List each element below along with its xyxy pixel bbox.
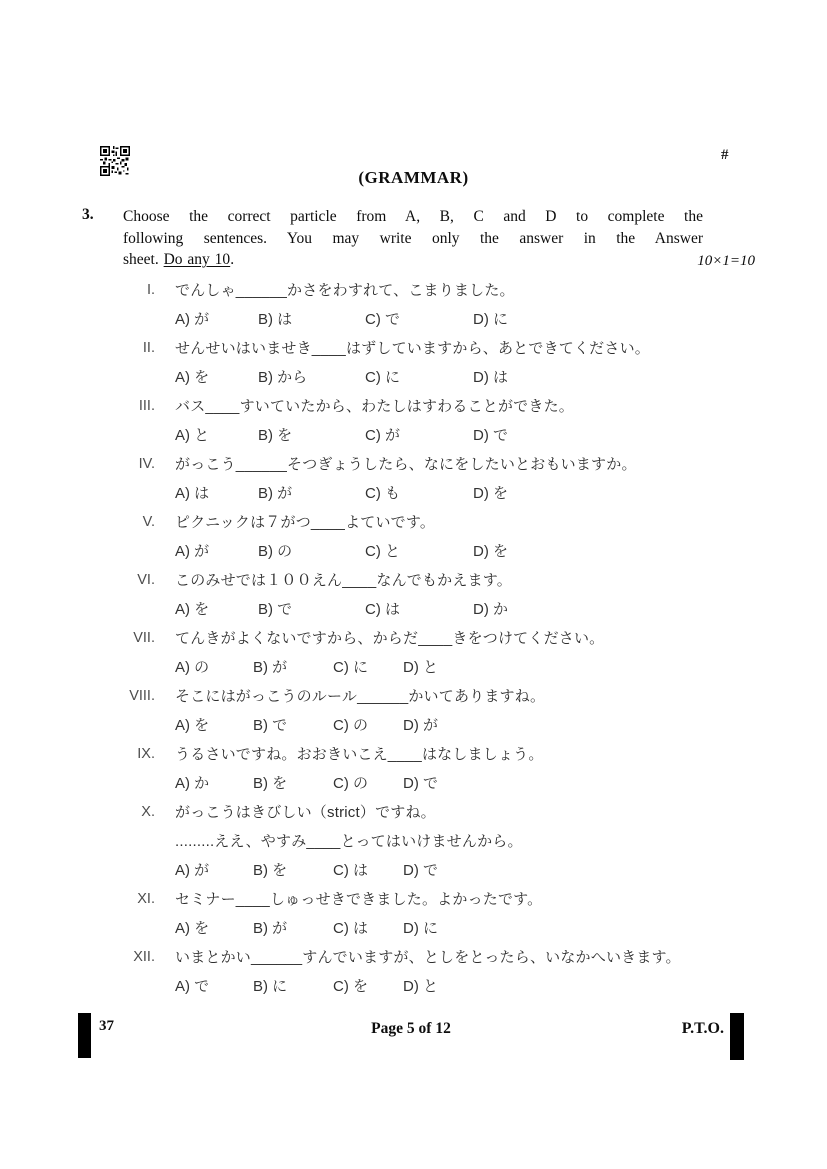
question-text: セミナー____しゅっせきできました。よかったです。	[175, 885, 768, 914]
option-c: C) は	[333, 856, 403, 885]
questions-list: I.でんしゃ______かさをわすれて、こまりました。A) がB) はC) でD…	[78, 276, 768, 1001]
right-edge-bar	[730, 1013, 744, 1060]
question-options: A) はB) がC) もD) を	[175, 479, 768, 508]
question-options: A) をB) からC) にD) は	[175, 363, 768, 392]
option-b: B) の	[258, 537, 365, 566]
question-options: A) がB) はC) でD) に	[175, 305, 768, 334]
question-body: がっこうはきびしい（strict）ですね。.........ええ、やすみ____…	[175, 798, 768, 885]
question-numeral: III.	[78, 392, 155, 450]
question-text: いまとかい______すんでいますが、としをとったら、いなかへいきます。	[175, 943, 768, 972]
question-options: A) をB) でC) のD) が	[175, 711, 768, 740]
question-numeral: VI.	[78, 566, 155, 624]
option-c: C) に	[365, 363, 473, 392]
do-any-10-underlined: Do any 10	[164, 251, 231, 268]
option-c: C) の	[333, 711, 403, 740]
question-text: がっこう______そつぎょうしたら、なにをしたいとおもいますか。	[175, 450, 768, 479]
question-body: うるさいですね。おおきいこえ____はなしましょう。A) かB) をC) のD)…	[175, 740, 768, 798]
question-row: X.がっこうはきびしい（strict）ですね。.........ええ、やすみ__…	[78, 798, 768, 885]
option-c: C) が	[365, 421, 473, 450]
option-a: A) で	[175, 972, 253, 1001]
question-options: A) かB) をC) のD) で	[175, 769, 768, 798]
option-b: B) で	[253, 711, 333, 740]
option-a: A) か	[175, 769, 253, 798]
question-numeral: I.	[78, 276, 155, 334]
option-d: D) に	[473, 305, 508, 334]
question-numeral: V.	[78, 508, 155, 566]
option-d: D) と	[403, 972, 438, 1001]
question-3-number: 3.	[82, 206, 94, 224]
question-row: II.せんせいはいませき____はずしていますから、あとできてください。A) を…	[78, 334, 768, 392]
option-a: A) と	[175, 421, 258, 450]
question-text: ピクニックは７がつ____よていです。	[175, 508, 768, 537]
question-body: てんきがよくないですから、からだ____きをつけてください。A) のB) がC)…	[175, 624, 768, 682]
question-body: いまとかい______すんでいますが、としをとったら、いなかへいきます。A) で…	[175, 943, 768, 1001]
question-options: A) をB) でC) はD) か	[175, 595, 768, 624]
question-row: I.でんしゃ______かさをわすれて、こまりました。A) がB) はC) でD…	[78, 276, 768, 334]
option-d: D) で	[403, 769, 438, 798]
question-row: IV.がっこう______そつぎょうしたら、なにをしたいとおもいますか。A) は…	[78, 450, 768, 508]
option-a: A) を	[175, 363, 258, 392]
page-indicator: Page 5 of 12	[371, 1020, 451, 1038]
option-d: D) が	[403, 711, 438, 740]
option-c: C) と	[365, 537, 473, 566]
question-row: VIII.そこにはがっこうのルール______かいてありますね。A) をB) で…	[78, 682, 768, 740]
option-a: A) が	[175, 305, 258, 334]
question-row: III.バス____すいていたから、わたしはすわることができた。A) とB) を…	[78, 392, 768, 450]
option-b: B) が	[253, 653, 333, 682]
question-row: IX.うるさいですね。おおきいこえ____はなしましょう。A) かB) をC) …	[78, 740, 768, 798]
question-text: このみせでは１００えん____なんでもかえます。	[175, 566, 768, 595]
question-numeral: IX.	[78, 740, 155, 798]
question-text-line2: .........ええ、やすみ____とってはいけませんから。	[175, 827, 768, 856]
question-row: VII.てんきがよくないですから、からだ____きをつけてください。A) のB)…	[78, 624, 768, 682]
option-b: B) から	[258, 363, 365, 392]
question-body: せんせいはいませき____はずしていますから、あとできてください。A) をB) …	[175, 334, 768, 392]
question-text: でんしゃ______かさをわすれて、こまりました。	[175, 276, 768, 305]
instruction-line-2: following sentences. You may write only …	[123, 228, 703, 250]
question-text: てんきがよくないですから、からだ____きをつけてください。	[175, 624, 768, 653]
exam-page: # (GRAMMAR) 3. Choose the correct partic…	[0, 0, 827, 1169]
question-row: XI.セミナー____しゅっせきできました。よかったです。A) をB) がC) …	[78, 885, 768, 943]
option-d: D) を	[473, 479, 508, 508]
question-body: このみせでは１００えん____なんでもかえます。A) をB) でC) はD) か	[175, 566, 768, 624]
question-text: バス____すいていたから、わたしはすわることができた。	[175, 392, 768, 421]
left-edge-bar	[78, 1013, 91, 1058]
option-b: B) を	[253, 856, 333, 885]
question-numeral: VIII.	[78, 682, 155, 740]
option-b: B) が	[253, 914, 333, 943]
section-title: (GRAMMAR)	[0, 168, 827, 188]
option-c: C) も	[365, 479, 473, 508]
option-d: D) で	[473, 421, 508, 450]
option-c: C) は	[365, 595, 473, 624]
question-options: A) でB) にC) をD) と	[175, 972, 768, 1001]
option-d: D) と	[403, 653, 438, 682]
question-text: うるさいですね。おおきいこえ____はなしましょう。	[175, 740, 768, 769]
option-b: B) は	[258, 305, 365, 334]
option-d: D) か	[473, 595, 508, 624]
option-d: D) は	[473, 363, 508, 392]
question-body: でんしゃ______かさをわすれて、こまりました。A) がB) はC) でD) …	[175, 276, 768, 334]
option-d: D) で	[403, 856, 438, 885]
question-options: A) のB) がC) にD) と	[175, 653, 768, 682]
option-c: C) は	[333, 914, 403, 943]
question-3-block: 3. Choose the correct particle from A, B…	[82, 206, 755, 271]
paper-code: 37	[99, 1018, 114, 1058]
option-a: A) を	[175, 595, 258, 624]
question-text: そこにはがっこうのルール______かいてありますね。	[175, 682, 768, 711]
question-options: A) がB) のC) とD) を	[175, 537, 768, 566]
option-a: A) の	[175, 653, 253, 682]
option-b: B) で	[258, 595, 365, 624]
corner-hash-mark: #	[721, 147, 729, 164]
question-numeral: X.	[78, 798, 155, 885]
option-b: B) を	[258, 421, 365, 450]
marks-scheme: 10×1=10	[697, 253, 755, 270]
question-body: ピクニックは７がつ____よていです。A) がB) のC) とD) を	[175, 508, 768, 566]
option-a: A) が	[175, 537, 258, 566]
question-3-instruction: Choose the correct particle from A, B, C…	[123, 206, 703, 271]
question-numeral: II.	[78, 334, 155, 392]
option-b: B) を	[253, 769, 333, 798]
question-numeral: XII.	[78, 943, 155, 1001]
option-c: C) に	[333, 653, 403, 682]
instruction-line-1: Choose the correct particle from A, B, C…	[123, 206, 703, 228]
question-body: セミナー____しゅっせきできました。よかったです。A) をB) がC) はD)…	[175, 885, 768, 943]
option-a: A) が	[175, 856, 253, 885]
instruction-line-3: sheet. Do any 10.	[123, 249, 703, 271]
question-text: がっこうはきびしい（strict）ですね。	[175, 798, 768, 827]
question-text: せんせいはいませき____はずしていますから、あとできてください。	[175, 334, 768, 363]
question-body: がっこう______そつぎょうしたら、なにをしたいとおもいますか。A) はB) …	[175, 450, 768, 508]
question-numeral: XI.	[78, 885, 155, 943]
option-c: C) で	[365, 305, 473, 334]
question-options: A) をB) がC) はD) に	[175, 914, 768, 943]
question-body: バス____すいていたから、わたしはすわることができた。A) とB) をC) が…	[175, 392, 768, 450]
option-c: C) の	[333, 769, 403, 798]
footer-right-group: P.T.O.	[682, 1013, 744, 1060]
question-row: VI.このみせでは１００えん____なんでもかえます。A) をB) でC) はD…	[78, 566, 768, 624]
page-footer: 37 Page 5 of 12 P.T.O.	[78, 1013, 744, 1063]
question-numeral: IV.	[78, 450, 155, 508]
option-d: D) を	[473, 537, 508, 566]
question-numeral: VII.	[78, 624, 155, 682]
option-a: A) を	[175, 711, 253, 740]
footer-left-group: 37	[78, 1013, 114, 1058]
option-c: C) を	[333, 972, 403, 1001]
option-a: A) は	[175, 479, 258, 508]
question-options: A) がB) をC) はD) で	[175, 856, 768, 885]
option-a: A) を	[175, 914, 253, 943]
option-b: B) に	[253, 972, 333, 1001]
question-row: V.ピクニックは７がつ____よていです。A) がB) のC) とD) を	[78, 508, 768, 566]
question-options: A) とB) をC) がD) で	[175, 421, 768, 450]
question-row: XII.いまとかい______すんでいますが、としをとったら、いなかへいきます。…	[78, 943, 768, 1001]
pto-label: P.T.O.	[682, 1020, 724, 1060]
option-b: B) が	[258, 479, 365, 508]
option-d: D) に	[403, 914, 438, 943]
question-body: そこにはがっこうのルール______かいてありますね。A) をB) でC) のD…	[175, 682, 768, 740]
